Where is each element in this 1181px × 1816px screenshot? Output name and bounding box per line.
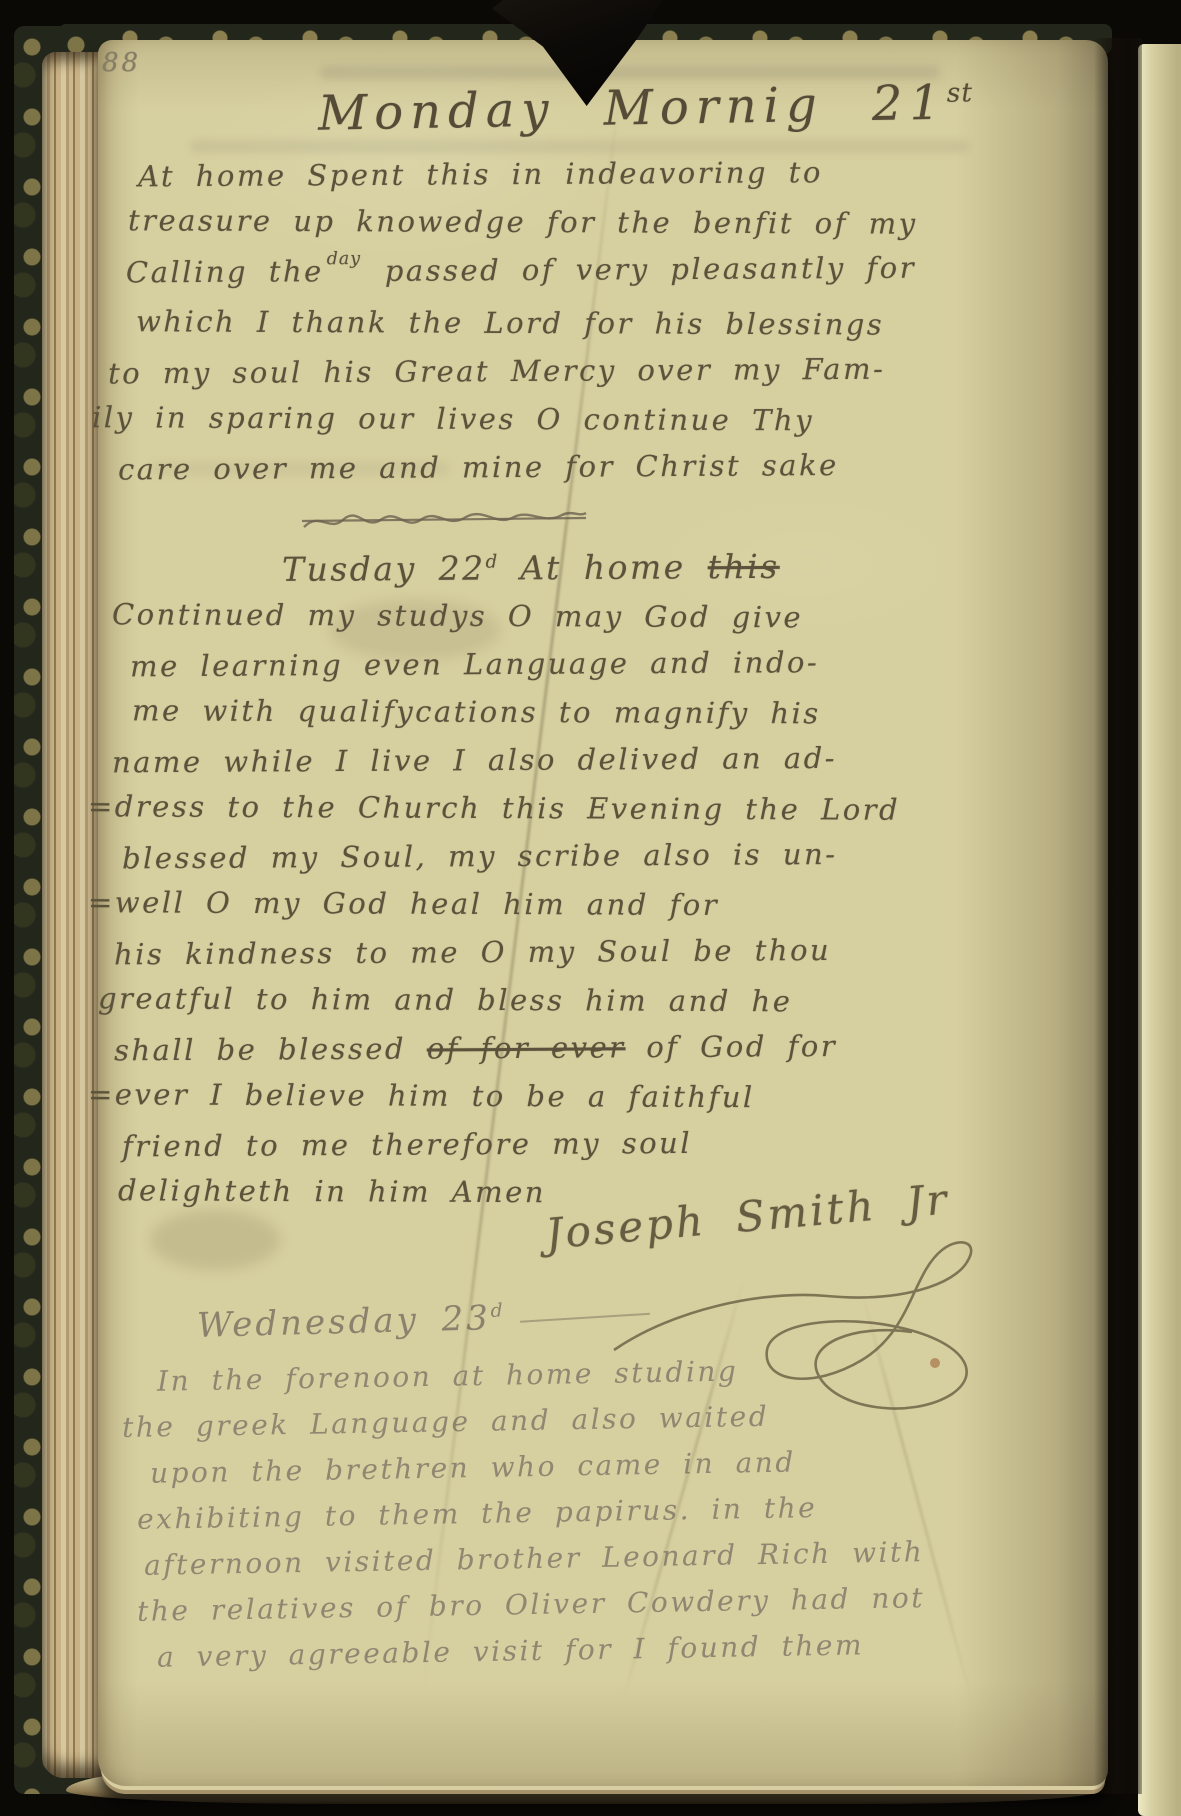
manuscript-line: =dress to the Church this Evening the Lo… xyxy=(88,782,900,834)
line-text: of God for xyxy=(625,1029,837,1064)
manuscript-line: which I thank the Lord for his blessings xyxy=(136,297,918,348)
heading-superscript: st xyxy=(947,77,974,108)
manuscript-line: ily in sparing our lives O continue Thy xyxy=(92,393,918,445)
entry-tuesday: Tusday 22d At home this Continued my stu… xyxy=(112,538,900,1216)
manuscript-line: Calling theday passed of very pleasantly… xyxy=(126,244,918,302)
manuscript-line: =well O my God heal him and for xyxy=(88,878,900,930)
entry-heading-monday: Monday Mornig 21st xyxy=(318,74,974,141)
heading-text: At home xyxy=(498,547,708,587)
facing-page-edge xyxy=(1138,44,1181,1816)
manuscript-line: Continued my studys O may God give xyxy=(112,590,900,641)
manuscript-line: name while I live I also delived an ad- xyxy=(112,734,900,787)
manuscript-line: treasure up knowedge for the benfit of m… xyxy=(128,196,918,247)
manuscript-line: me with qualifycations to magnify his xyxy=(132,686,900,737)
manuscript-line: care over me and mine for Christ sake xyxy=(118,441,918,494)
line-text: passed of very pleasantly for xyxy=(364,251,916,288)
entry-wednesday: In the forenoon at home studing the gree… xyxy=(112,1352,925,1674)
page-stain xyxy=(150,1210,280,1270)
manuscript-line: me learning even Language and indo- xyxy=(130,638,900,691)
inserted-word: day xyxy=(327,249,361,269)
entry-heading-tuesday: Tusday 22d At home this xyxy=(282,536,900,594)
manuscript-line: greatful to him and bless him and he xyxy=(98,974,900,1025)
page-number: 88 xyxy=(102,48,141,78)
struck-words: this xyxy=(708,547,780,586)
gutter-shadow xyxy=(1094,38,1142,1794)
heading-superscript: d xyxy=(490,1301,504,1322)
heading-superscript: d xyxy=(486,552,499,573)
struck-words: of for ever xyxy=(427,1030,626,1065)
manuscript-line: blessed my Soul, my scribe also is un- xyxy=(122,830,900,883)
manuscript-line: shall be blessed of for ever of God for xyxy=(114,1022,900,1075)
heading-text: Tusday 22 xyxy=(282,549,486,589)
manuscript-line: At home Spent this in indeavoring to xyxy=(138,148,918,201)
manuscript-line: friend to me therefore my soul xyxy=(122,1118,900,1171)
heading-text: Wednesday 23 xyxy=(197,1298,492,1346)
heading-text: Monday Mornig 21 xyxy=(318,75,948,142)
manuscript-line: to my soul his Great Mercy over my Fam- xyxy=(108,345,918,398)
entry-monday: At home Spent this in indeavoring to tre… xyxy=(128,150,918,491)
journal-page-photo: 88 Monday Mornig 21st At home Spent this… xyxy=(0,0,1181,1816)
line-text: Calling the xyxy=(126,254,324,289)
manuscript-line: his kindness to me O my Soul be thou xyxy=(114,926,900,979)
line-text: shall be blessed xyxy=(114,1031,427,1067)
crossed-out-scribble xyxy=(300,503,590,539)
